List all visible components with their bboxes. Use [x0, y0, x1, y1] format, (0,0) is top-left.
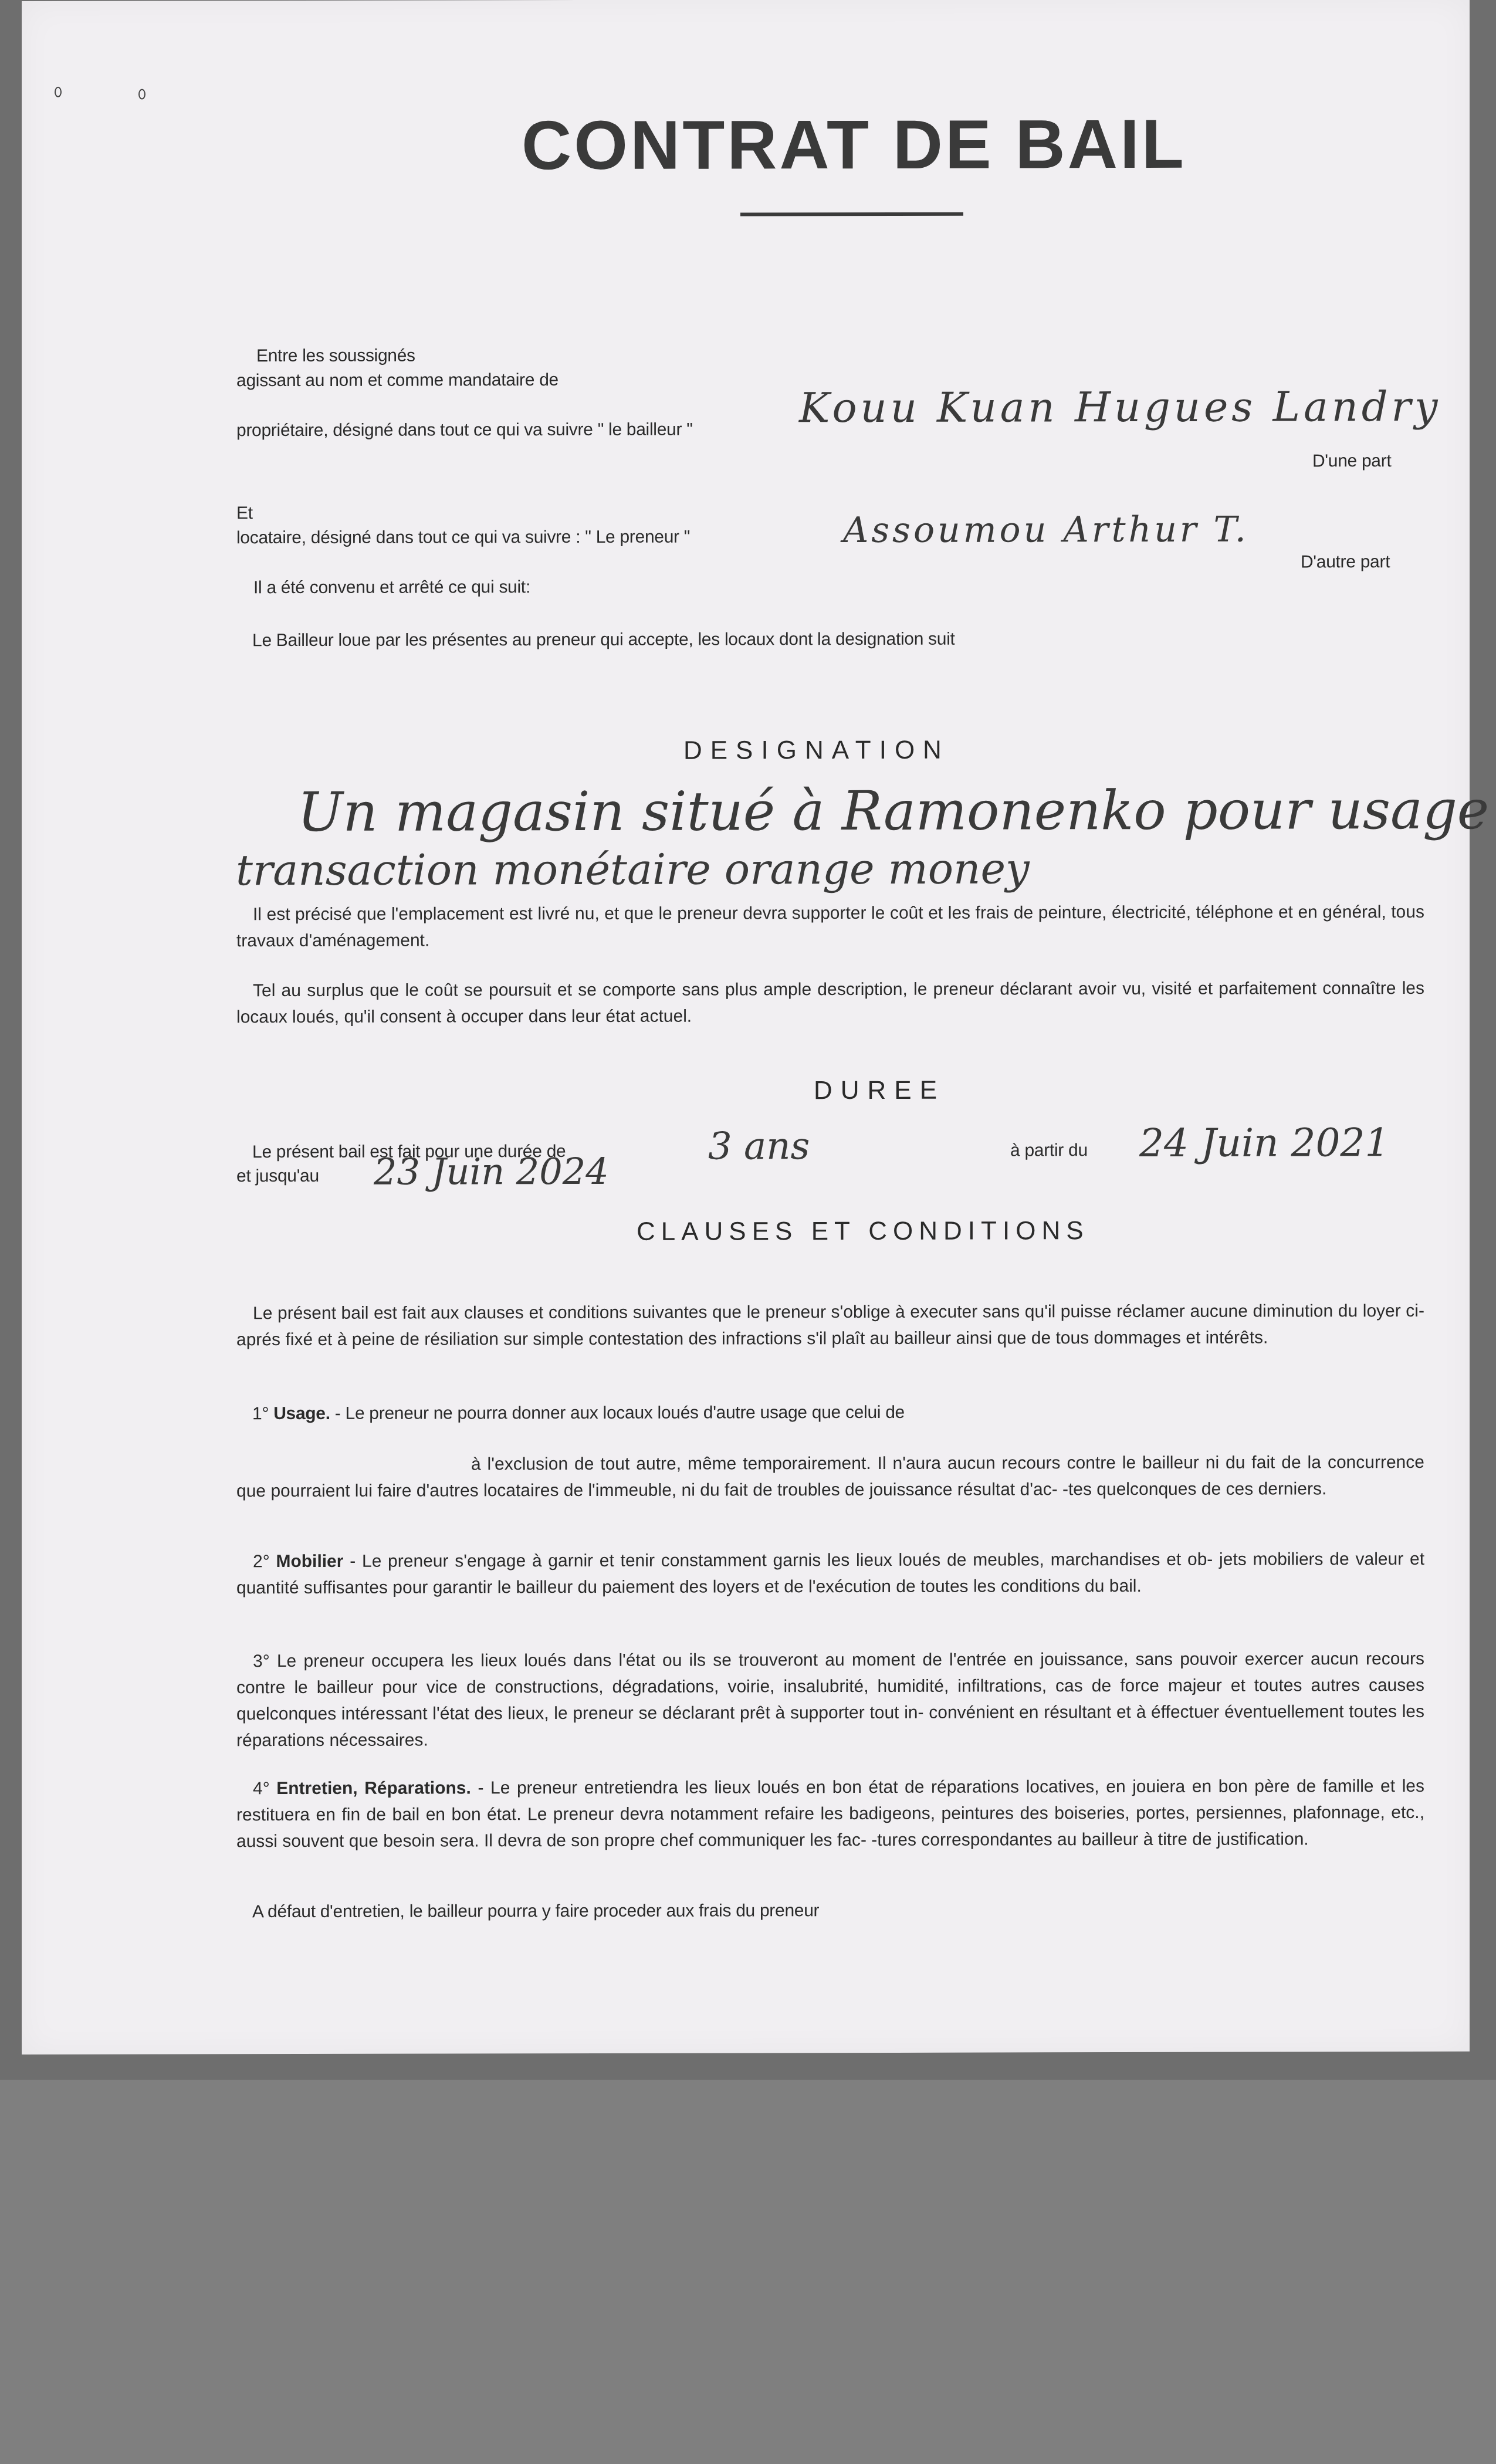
designation-paragraph-1: Il est précisé que l'emplacement est liv… [236, 899, 1424, 954]
autre-part-label: D'autre part [1301, 550, 1390, 574]
clause-3-etat-des-lieux: 3° Le preneur occupera les lieux loués d… [236, 1646, 1424, 1754]
bailleur-name-handwritten: Kouu Kuan Hugues Landry [799, 383, 1441, 432]
start-date-handwritten: 24 Juin 2021 [1139, 1120, 1390, 1166]
preneur-name-handwritten: Assoumou Arthur T. [843, 509, 1249, 551]
punch-hole-mark [55, 87, 62, 97]
clause-2-mobilier: 2° Mobilier - Le preneur s'engage à garn… [236, 1546, 1424, 1601]
designation-handwritten-line2: transaction monétaire orange money [236, 844, 1030, 895]
proprietaire-label: propriétaire, désigné dans tout ce qui v… [236, 418, 693, 444]
designation-paragraph-2: Tel au surplus que le coût se poursuit e… [236, 975, 1424, 1030]
loue-label: Le Bailleur loue par les présentes au pr… [252, 627, 955, 654]
designation-handwritten-line1: Un magasin situé à Ramonenko pour usage [297, 779, 1489, 844]
entre-label: Entre les soussignés [256, 344, 415, 369]
duree-value-handwritten: 3 ans [708, 1125, 810, 1168]
clause-4-entretien: 4° Entretien, Réparations. - Le preneur … [236, 1773, 1424, 1854]
document-title: CONTRAT DE BAIL [522, 109, 1186, 181]
end-date-handwritten: 23 Juin 2024 [374, 1150, 609, 1193]
locataire-label: locataire, désigné dans tout ce qui va s… [236, 525, 690, 551]
une-part-label: D'une part [1312, 449, 1391, 473]
punch-hole-mark [138, 89, 145, 100]
clause-1-usage: 1° Usage. - Le preneur ne pourra donner … [252, 1400, 905, 1426]
partir-label: à partir du [1010, 1138, 1088, 1163]
duree-heading: DUREE [814, 1076, 945, 1105]
defaut-entretien: A défaut d'entretien, le bailleur pourra… [252, 1898, 819, 1924]
agissant-label: agissant au nom et comme mandataire de [236, 368, 559, 393]
convenu-label: Il a été convenu et arrêté ce qui suit: [253, 575, 530, 600]
clause-1-usage-continued: à l'exclusion de tout autre, même tempor… [236, 1449, 1424, 1504]
document-page: CONTRAT DE BAIL Entre les soussignés agi… [22, 0, 1470, 2055]
clauses-intro: Le présent bail est fait aux clauses et … [236, 1298, 1424, 1353]
et-label: Et [236, 501, 253, 526]
title-underline [740, 212, 963, 216]
clauses-heading: CLAUSES ET CONDITIONS [637, 1216, 1089, 1247]
designation-heading: DESIGNATION [683, 736, 950, 766]
jusqu-label: et jusqu'au [236, 1164, 319, 1189]
